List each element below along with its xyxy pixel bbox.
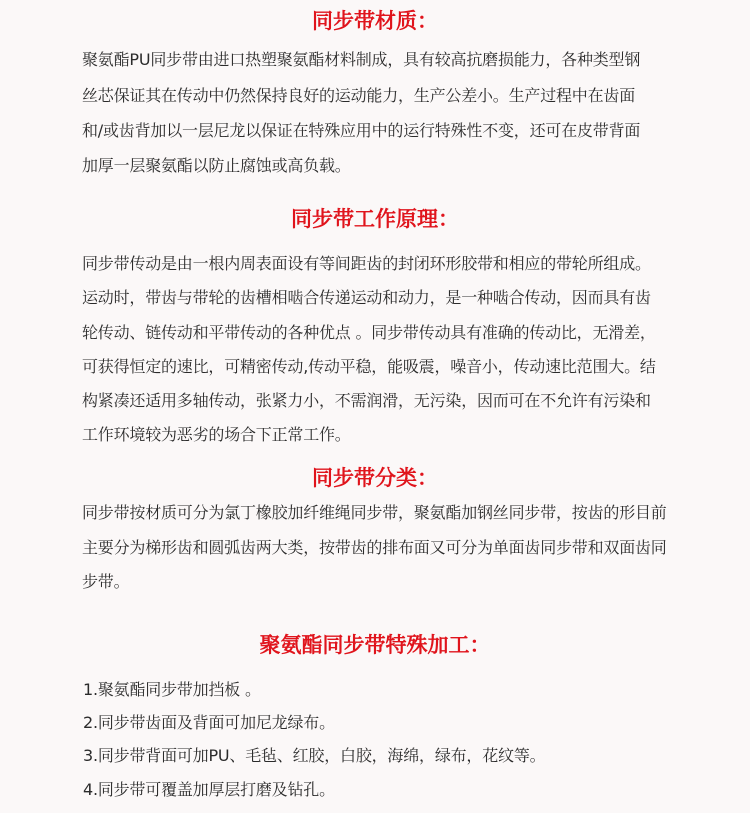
section-title-working-principle: 同步带工作原理： bbox=[0, 203, 750, 233]
paragraph-line: 聚氨酯PU同步带由进口热塑聚氨酯材料制成，具有较高抗磨损能力，各种类型钢 bbox=[82, 47, 640, 70]
paragraph-line: 构紧凑还适用多轴传动，张紧力小，不需润滑，无污染，因而可在不允许有污染和 bbox=[82, 388, 651, 411]
list-item: 3.同步带背面可加PU、毛毡、红胶，白胶，海绵，绿布，花纹等。 bbox=[83, 743, 545, 766]
paragraph-line: 同步带按材质可分为氯丁橡胶加纤维绳同步带，聚氨酯加钢丝同步带，按齿的形目前 bbox=[82, 500, 667, 523]
list-item: 2.同步带齿面及背面可加尼龙绿布。 bbox=[83, 710, 335, 733]
paragraph-line: 同步带传动是由一根内周表面设有等间距齿的封闭环形胶带和相应的带轮所组成。 bbox=[82, 251, 651, 274]
paragraph-line: 运动时，带齿与带轮的齿槽相啮合传递运动和动力，是一种啮合传动，因而具有齿 bbox=[82, 285, 651, 308]
paragraph-line: 轮传动、链传动和平带传动的各种优点 。同步带传动具有准确的传动比，无滑差， bbox=[82, 320, 656, 343]
section-title-classification: 同步带分类： bbox=[0, 462, 750, 492]
paragraph-line: 主要分为梯形齿和圆弧齿两大类，按带齿的排布面又可分为单面齿同步带和双面齿同 bbox=[82, 535, 667, 558]
paragraph-line: 丝芯保证其在传动中仍然保持良好的运动能力，生产公差小。生产过程中在齿面 bbox=[82, 83, 635, 106]
list-item: 4.同步带可覆盖加厚层打磨及钻孔。 bbox=[83, 777, 335, 800]
list-item: 1.聚氨酯同步带加挡板 。 bbox=[83, 677, 261, 700]
paragraph-line: 工作环境较为恶劣的场合下正常工作。 bbox=[82, 422, 351, 445]
paragraph-line: 和/或齿背加以一层尼龙以保证在特殊应用中的运行特殊性不变，还可在皮带背面 bbox=[82, 118, 640, 141]
paragraph-line: 可获得恒定的速比，可精密传动,传动平稳，能吸震，噪音小，传动速比范围大。结 bbox=[82, 354, 656, 377]
paragraph-line: 加厚一层聚氨酯以防止腐蚀或高负载。 bbox=[82, 153, 351, 176]
section-title-material: 同步带材质： bbox=[0, 5, 750, 35]
paragraph-line: 步带。 bbox=[82, 569, 129, 592]
section-title-special-processing: 聚氨酯同步带特殊加工： bbox=[0, 629, 750, 659]
